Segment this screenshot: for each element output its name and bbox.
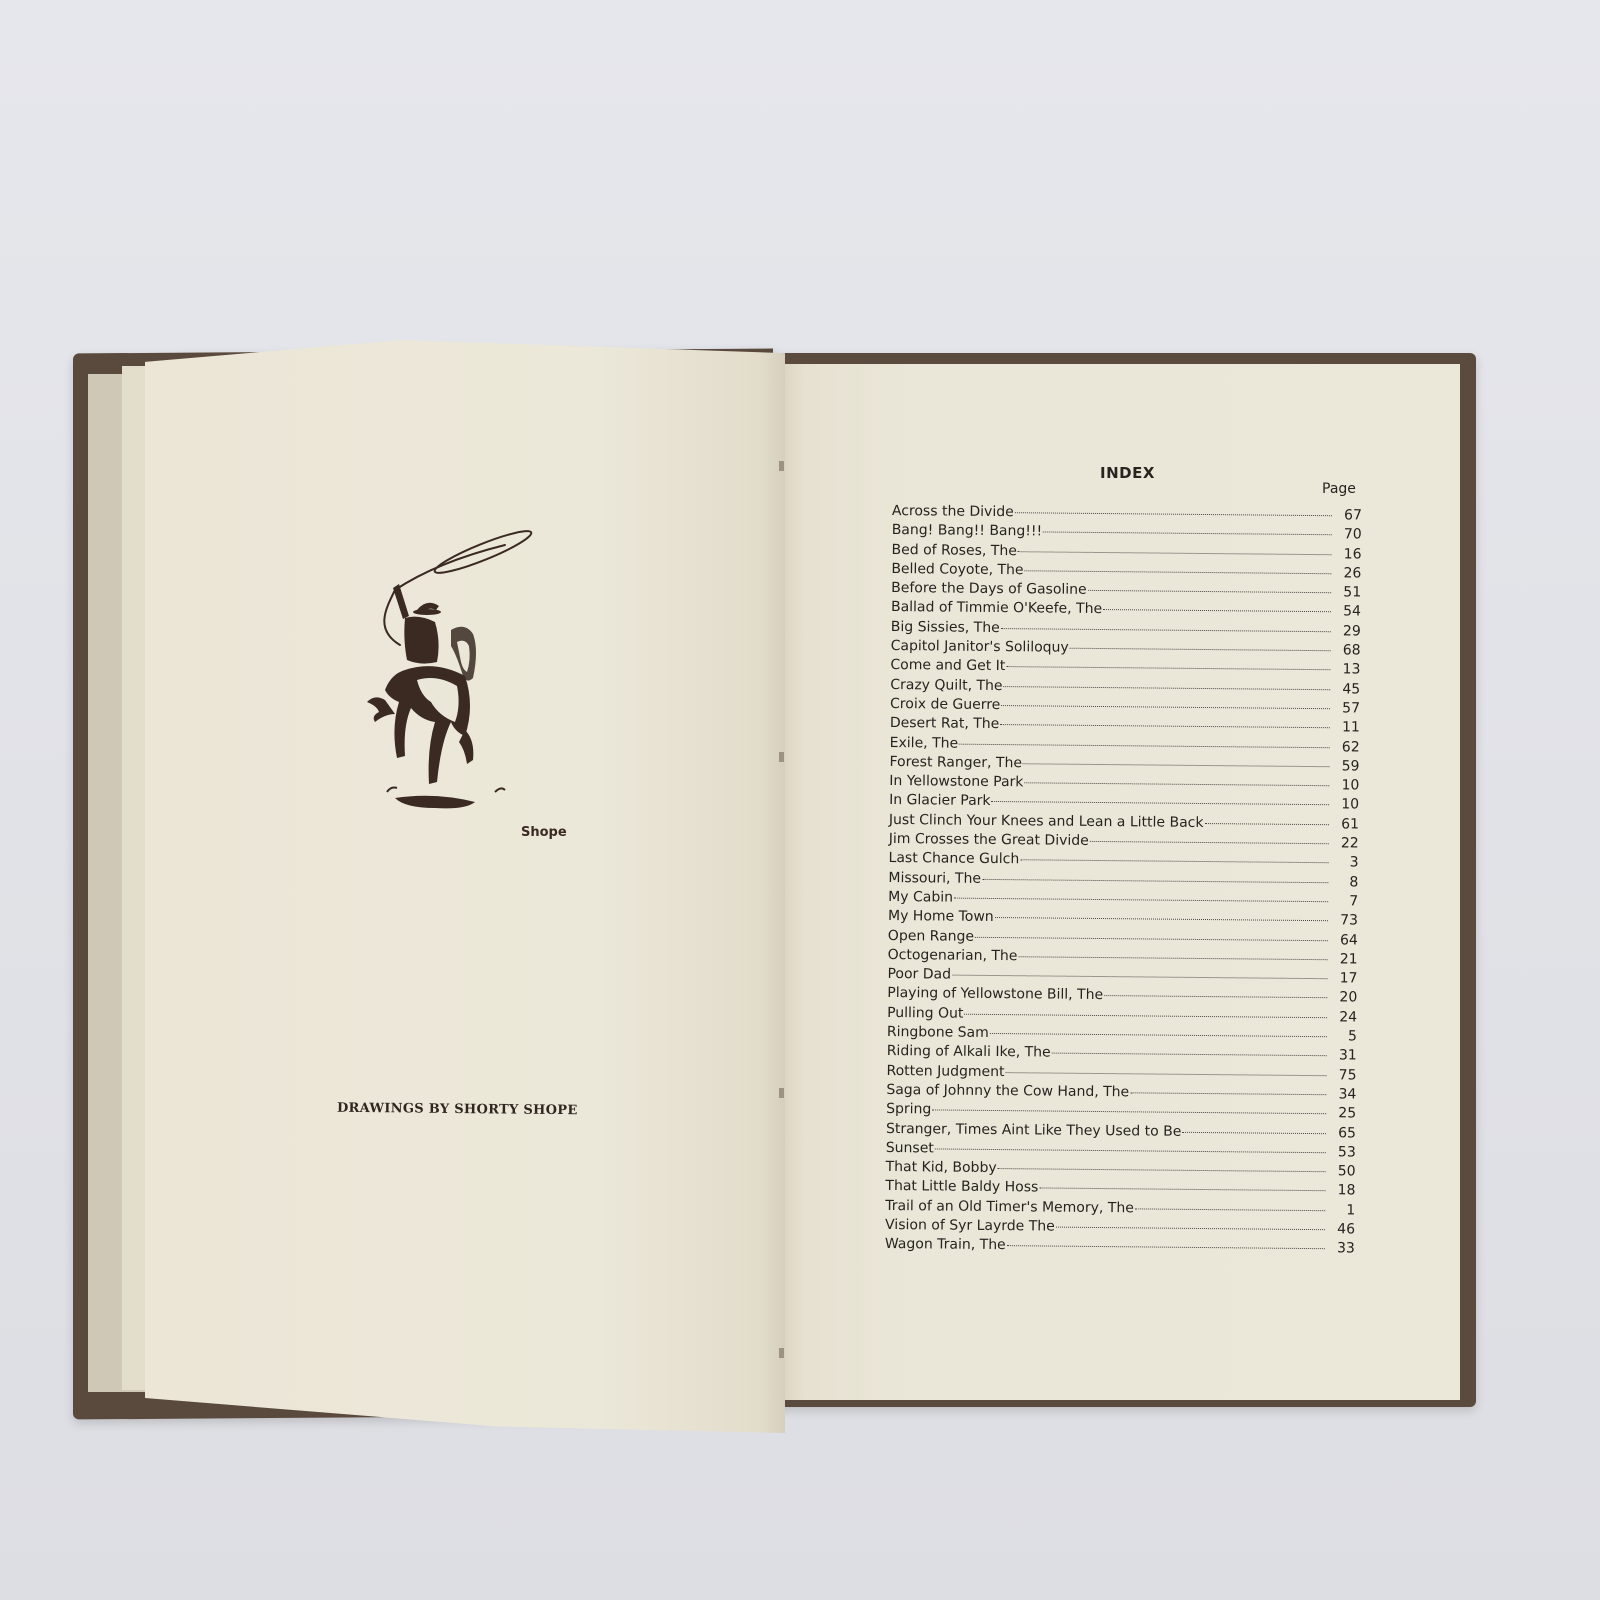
dot-leader <box>1130 1092 1326 1095</box>
entry-page-number: 50 <box>1330 1163 1356 1179</box>
dot-leader <box>982 879 1328 883</box>
entry-title: Across the Divide <box>892 503 1014 520</box>
entry-title: Exile, The <box>890 735 959 752</box>
entry-title: My Home Town <box>888 908 994 925</box>
entry-title: That Kid, Bobby <box>886 1159 997 1176</box>
entry-title: Croix de Guerre <box>890 696 1000 713</box>
entry-title: My Cabin <box>888 889 953 906</box>
entry-page-number: 33 <box>1329 1241 1355 1257</box>
entry-page-number: 11 <box>1334 720 1360 736</box>
dot-leader <box>1039 1188 1325 1192</box>
dot-leader <box>998 1168 1326 1172</box>
dot-leader <box>1090 841 1329 844</box>
entry-title: Spring <box>886 1101 931 1117</box>
dot-leader <box>1001 628 1331 632</box>
entry-page-number: 3 <box>1332 855 1358 871</box>
entry-title: Bed of Roses, The <box>891 542 1016 559</box>
dot-leader <box>975 936 1328 940</box>
dot-leader <box>992 801 1330 805</box>
dot-leader <box>990 1033 1327 1037</box>
entry-page-number: 54 <box>1335 604 1361 620</box>
dot-leader <box>1070 648 1331 652</box>
entry-title: Riding of Alkali Ike, The <box>887 1043 1051 1061</box>
entry-page-number: 73 <box>1332 912 1358 928</box>
dot-leader <box>954 898 1328 903</box>
entry-title: In Yellowstone Park <box>889 773 1023 790</box>
entry-title: Stranger, Times Aint Like They Used to B… <box>886 1120 1182 1139</box>
entry-title: Ringbone Sam <box>887 1024 989 1041</box>
entry-page-number: 7 <box>1332 893 1358 909</box>
entry-page-number: 45 <box>1334 681 1360 697</box>
illustration-page <box>145 340 785 1433</box>
entry-page-number: 62 <box>1334 739 1360 755</box>
entry-page-number: 57 <box>1334 700 1360 716</box>
cowboy-on-horse-with-lasso-drawing-icon <box>365 530 555 830</box>
entry-title: Playing of Yellowstone Bill, The <box>887 985 1103 1003</box>
dot-leader <box>1000 724 1330 728</box>
entry-page-number: 5 <box>1331 1028 1357 1044</box>
entry-page-number: 59 <box>1333 758 1359 774</box>
dot-leader <box>1135 1208 1325 1211</box>
dot-leader <box>1052 1053 1327 1057</box>
dot-leader <box>1043 532 1332 536</box>
index-title: INDEX <box>1100 464 1155 482</box>
entry-title: Before the Days of Gasoline <box>891 580 1087 598</box>
entry-page-number: 75 <box>1330 1067 1356 1083</box>
entry-page-number: 53 <box>1330 1144 1356 1160</box>
dot-leader <box>1007 1245 1325 1249</box>
entry-page-number: 22 <box>1333 835 1359 851</box>
entry-title: Jim Crosses the Great Divide <box>889 831 1089 849</box>
entry-title: Big Sissies, The <box>891 619 1000 636</box>
entry-page-number: 10 <box>1333 777 1359 793</box>
entry-page-number: 68 <box>1335 642 1361 658</box>
entry-title: Ballad of Timmie O'Keefe, The <box>891 599 1102 617</box>
binding-stitch <box>779 461 784 471</box>
entry-title: Missouri, The <box>888 870 981 887</box>
dot-leader <box>1204 823 1328 825</box>
entry-title: Forest Ranger, The <box>889 754 1022 771</box>
entry-page-number: 46 <box>1329 1221 1355 1237</box>
entry-page-number: 61 <box>1333 816 1359 832</box>
entry-title: That Little Baldy Hoss <box>885 1178 1038 1195</box>
entry-title: Belled Coyote, The <box>891 561 1023 578</box>
entry-title: Sunset <box>886 1140 934 1156</box>
entry-title: Capitol Janitor's Soliloquy <box>891 638 1069 656</box>
entry-title: Saga of Johnny the Cow Hand, The <box>886 1082 1129 1100</box>
dot-leader <box>1004 686 1331 690</box>
entry-page-number: 17 <box>1331 970 1357 986</box>
entry-page-number: 24 <box>1331 1009 1357 1025</box>
entry-page-number: 21 <box>1332 951 1358 967</box>
entry-title: Wagon Train, The <box>885 1236 1006 1253</box>
dot-leader <box>1103 610 1331 613</box>
dot-leader <box>952 975 1327 980</box>
page-column-label: Page <box>1322 481 1356 497</box>
entry-title: Rotten Judgment <box>886 1063 1004 1080</box>
binding-stitch <box>779 1348 784 1358</box>
entry-title: Vision of Syr Layrde The <box>885 1217 1055 1235</box>
entry-title: Octogenarian, The <box>888 947 1018 964</box>
entry-title: Desert Rat, The <box>890 715 1000 732</box>
entry-page-number: 31 <box>1331 1048 1357 1064</box>
dot-leader <box>1020 860 1328 864</box>
entry-title: Last Chance Gulch <box>889 850 1020 867</box>
entry-page-number: 70 <box>1336 527 1362 543</box>
entry-page-number: 10 <box>1333 797 1359 813</box>
entry-title: Poor Dad <box>887 966 951 983</box>
entry-title: Pulling Out <box>887 1005 963 1022</box>
entry-page-number: 67 <box>1336 507 1362 523</box>
dot-leader <box>995 917 1328 921</box>
dot-leader <box>1015 512 1332 516</box>
dot-leader <box>1024 782 1329 786</box>
open-book: Shope DRAWINGS BY SHORTY SHOPE INDEX Pag… <box>0 0 1600 1600</box>
binding-stitch <box>779 752 784 762</box>
entry-page-number: 1 <box>1329 1202 1355 1218</box>
entry-page-number: 65 <box>1330 1125 1356 1141</box>
entry-title: Bang! Bang!! Bang!!! <box>892 522 1043 539</box>
dot-leader <box>1025 570 1332 574</box>
illustration-signature: Shope <box>521 825 567 840</box>
entry-page-number: 34 <box>1330 1086 1356 1102</box>
binding-stitch <box>779 1088 784 1098</box>
entry-page-number: 18 <box>1329 1183 1355 1199</box>
entry-page-number: 25 <box>1330 1105 1356 1121</box>
entry-page-number: 26 <box>1335 565 1361 581</box>
dot-leader <box>1006 666 1330 670</box>
entry-title: Come and Get It <box>890 657 1005 674</box>
dot-leader <box>1006 1072 1327 1076</box>
dot-leader <box>1104 995 1327 998</box>
entry-title: Open Range <box>888 928 974 945</box>
dot-leader <box>1018 551 1332 555</box>
dot-leader <box>1001 705 1330 709</box>
entry-page-number: 8 <box>1332 874 1358 890</box>
entry-title: Trail of an Old Timer's Memory, The <box>885 1198 1134 1216</box>
dot-leader <box>1056 1227 1325 1231</box>
dot-leader <box>964 1013 1327 1017</box>
entry-page-number: 13 <box>1334 662 1360 678</box>
dot-leader <box>1088 590 1331 593</box>
entry-page-number: 16 <box>1335 546 1361 562</box>
entry-page-number: 20 <box>1331 990 1357 1006</box>
entry-title: Just Clinch Your Knees and Lean a Little… <box>889 812 1204 831</box>
dot-leader <box>1018 956 1327 960</box>
entry-title: In Glacier Park <box>889 792 991 809</box>
entry-page-number: 29 <box>1335 623 1361 639</box>
index-list: Across the Divide67Bang! Bang!! Bang!!!7… <box>885 503 1362 1260</box>
dot-leader <box>1023 763 1330 767</box>
drawings-credit: DRAWINGS BY SHORTY SHOPE <box>337 1101 578 1119</box>
entry-title: Crazy Quilt, The <box>890 677 1002 694</box>
dot-leader <box>935 1148 1326 1153</box>
dot-leader <box>1182 1131 1326 1133</box>
entry-page-number: 51 <box>1335 584 1361 600</box>
dot-leader <box>959 743 1330 748</box>
dot-leader <box>932 1110 1326 1115</box>
entry-page-number: 64 <box>1332 932 1358 948</box>
